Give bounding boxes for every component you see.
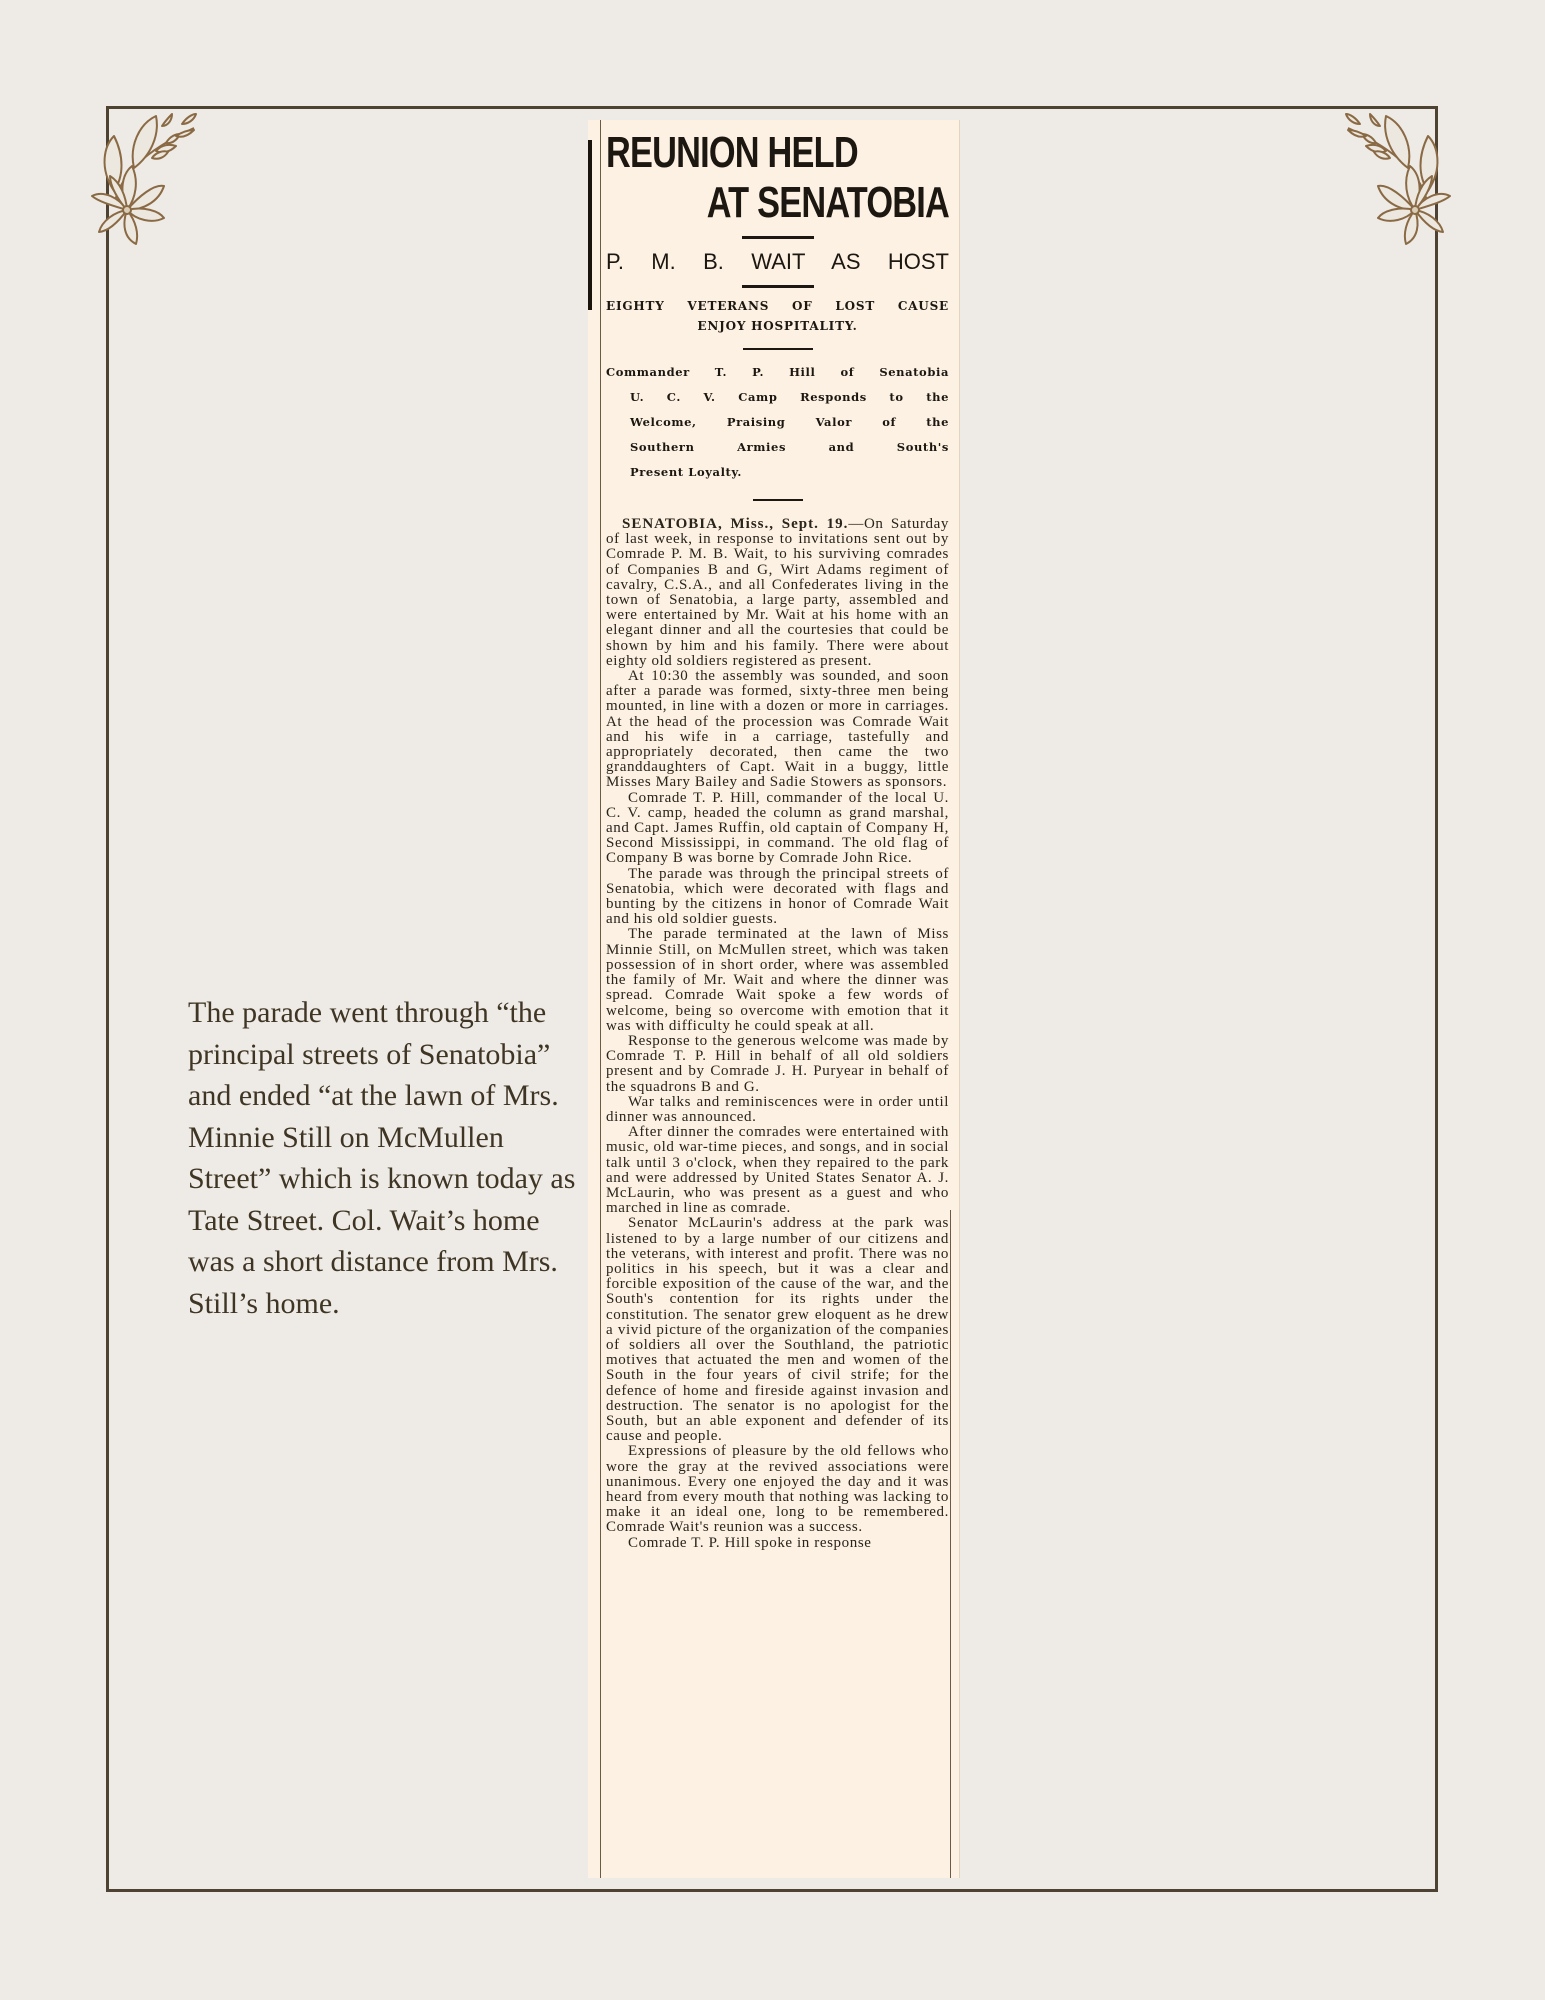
- divider: [742, 285, 814, 288]
- article-paragraph: Comrade T. P. Hill, commander of the loc…: [606, 791, 949, 867]
- article-paragraph: Response to the generous welcome was mad…: [606, 1034, 949, 1095]
- summary-line: Present Loyalty.: [630, 460, 949, 485]
- deck: EIGHTY VETERANS OF LOST CAUSE ENJOY HOSP…: [606, 296, 949, 336]
- summary: Commander T. P. Hill of Senatobia U. C. …: [606, 360, 949, 485]
- summary-line: U. C. V. Camp Responds to the: [630, 385, 949, 410]
- headline: AT SENATOBIA: [607, 178, 949, 228]
- article-paragraph: At 10:30 the assembly was sounded, and s…: [606, 669, 949, 791]
- article-paragraph: Expressions of pleasure by the old fello…: [606, 1444, 949, 1535]
- dateline: SENATOBIA, Miss., Sept. 19.: [622, 516, 848, 532]
- caption-text: The parade went through “the principal s…: [188, 992, 588, 1324]
- summary-line: Southern Armies and South's: [630, 435, 949, 460]
- column-rule: [600, 120, 601, 1878]
- deck-line: ENJOY HOSPITALITY.: [697, 319, 857, 333]
- deck-line: EIGHTY VETERANS OF LOST CAUSE: [606, 296, 949, 316]
- article-paragraph: Comrade T. P. Hill spoke in response: [606, 1536, 949, 1551]
- headline: REUNION HELD: [606, 128, 948, 178]
- divider: [743, 348, 813, 350]
- article-paragraph: After dinner the comrades were entertain…: [606, 1125, 949, 1216]
- divider: [753, 499, 803, 501]
- floral-corner-icon: [84, 106, 224, 246]
- subheadline: P. M. B. WAIT AS HOST: [606, 247, 949, 277]
- floral-corner-icon: [1318, 106, 1458, 246]
- summary-line: Welcome, Praising Valor of the: [630, 410, 949, 435]
- summary-line: Commander T. P. Hill of Senatobia: [606, 360, 949, 385]
- article-paragraph: War talks and reminiscences were in orde…: [606, 1095, 949, 1125]
- newspaper-clipping: REUNION HELD AT SENATOBIA P. M. B. WAIT …: [588, 120, 960, 1878]
- article-paragraph: SENATOBIA, Miss., Sept. 19.—On Saturday …: [606, 517, 949, 669]
- article-body: SENATOBIA, Miss., Sept. 19.—On Saturday …: [606, 517, 949, 1551]
- article-paragraph: The parade was through the principal str…: [606, 867, 949, 928]
- divider: [742, 236, 814, 239]
- article-paragraph: The parade terminated at the lawn of Mis…: [606, 927, 949, 1033]
- column-rule: [950, 1210, 951, 1878]
- article-paragraph: Senator McLaurin's address at the park w…: [606, 1216, 949, 1444]
